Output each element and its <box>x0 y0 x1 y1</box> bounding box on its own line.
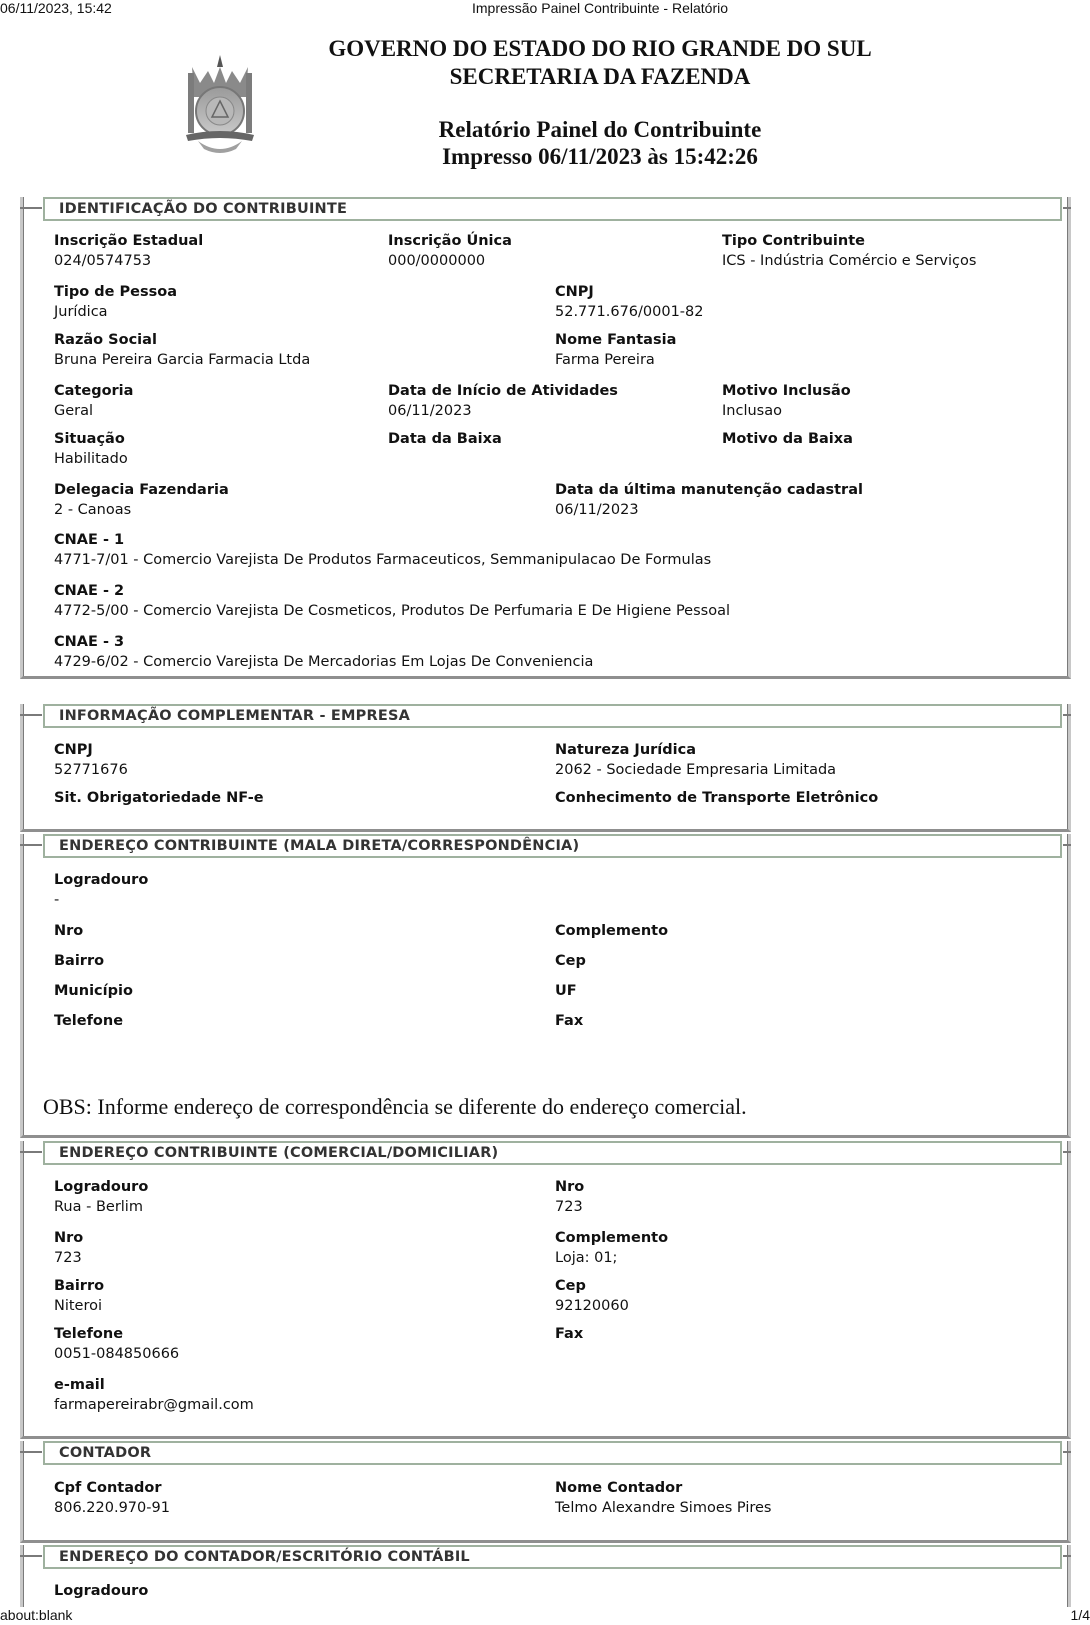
field-label: Complemento <box>555 1230 668 1246</box>
section-contador: CONTADOR Cpf Contador 806.220.970-91 Nom… <box>20 1441 1071 1543</box>
field-label: Motivo Inclusão <box>722 383 851 399</box>
field-label: Cep <box>555 953 586 969</box>
field-label: Telefone <box>54 1326 123 1342</box>
inscricao-unica-value: 000/0000000 <box>388 253 485 269</box>
email-value: farmapereirabr@gmail.com <box>54 1397 254 1413</box>
tipo-pessoa-value: Jurídica <box>54 304 108 320</box>
field-label: Nro <box>54 923 83 939</box>
tipo-contribuinte-value: ICS - Indústria Comércio e Serviços <box>722 253 976 269</box>
field-label: Motivo da Baixa <box>722 431 853 447</box>
logradouro-value: - <box>54 892 59 908</box>
field-label: Natureza Jurídica <box>555 742 696 758</box>
situacao-value: Habilitado <box>54 451 128 467</box>
bairro-value: Niteroi <box>54 1298 102 1314</box>
cnpj-base-value: 52771676 <box>54 762 128 778</box>
cnae-value: 4772-5/00 - Comercio Varejista De Cosmet… <box>54 603 730 619</box>
field-label: Nro <box>555 1179 584 1195</box>
cep-value: 92120060 <box>555 1298 629 1314</box>
cpf-contador-value: 806.220.970-91 <box>54 1500 170 1516</box>
nome-fantasia-value: Farma Pereira <box>555 352 655 368</box>
motivo-inclusao-value: Inclusao <box>722 403 782 419</box>
section-endereco-correspondencia: ENDEREÇO CONTRIBUINTE (MALA DIRETA/CORRE… <box>20 834 1071 1138</box>
section-info-complementar: INFORMAÇÃO COMPLEMENTAR - EMPRESA CNPJ 5… <box>20 704 1071 832</box>
field-label: CNPJ <box>555 284 594 300</box>
field-label: Data da Baixa <box>388 431 502 447</box>
field-label: e-mail <box>54 1377 105 1393</box>
field-label: Delegacia Fazendaria <box>54 482 229 498</box>
field-label: Conhecimento de Transporte Eletrônico <box>555 790 878 806</box>
delegacia-value: 2 - Canoas <box>54 502 131 518</box>
logradouro-value: Rua - Berlim <box>54 1199 143 1215</box>
field-label: Nome Contador <box>555 1480 682 1496</box>
field-label: Nro <box>54 1230 83 1246</box>
nro-value: 723 <box>54 1250 82 1266</box>
cnpj-value: 52.771.676/0001-82 <box>555 304 704 320</box>
complemento-value: Loja: 01; <box>555 1250 617 1266</box>
field-label: Fax <box>555 1326 583 1342</box>
section-title: ENDEREÇO CONTRIBUINTE (COMERCIAL/DOMICIL… <box>43 1141 1062 1165</box>
obs-note: OBS: Informe endereço de correspondência… <box>43 1094 747 1120</box>
field-label: Inscrição Única <box>388 233 512 249</box>
field-label: Data de Início de Atividades <box>388 383 618 399</box>
section-title: ENDEREÇO CONTRIBUINTE (MALA DIRETA/CORRE… <box>43 834 1062 858</box>
field-label: CNPJ <box>54 742 93 758</box>
cnae-value: 4771-7/01 - Comercio Varejista De Produt… <box>54 552 711 568</box>
cnae-value: 4729-6/02 - Comercio Varejista De Mercad… <box>54 654 593 670</box>
secretariat-title: SECRETARIA DA FAZENDA <box>290 64 910 90</box>
print-footer: about:blank 1/4 <box>0 1607 1090 1625</box>
data-inicio-value: 06/11/2023 <box>388 403 472 419</box>
printed-timestamp: Impresso 06/11/2023 às 15:42:26 <box>290 144 910 170</box>
razao-social-value: Bruna Pereira Garcia Farmacia Ltda <box>54 352 310 368</box>
field-label: Inscrição Estadual <box>54 233 203 249</box>
field-label: Categoria <box>54 383 133 399</box>
field-label: Complemento <box>555 923 668 939</box>
natureza-juridica-value: 2062 - Sociedade Empresaria Limitada <box>555 762 836 778</box>
field-label: Bairro <box>54 953 104 969</box>
field-label: Cep <box>555 1278 586 1294</box>
field-label: UF <box>555 983 577 999</box>
field-label: Situação <box>54 431 125 447</box>
categoria-value: Geral <box>54 403 93 419</box>
state-coat-of-arms-icon <box>182 53 258 157</box>
telefone-value: 0051-084850666 <box>54 1346 179 1362</box>
section-title: CONTADOR <box>43 1441 1062 1465</box>
section-endereco-comercial: ENDEREÇO CONTRIBUINTE (COMERCIAL/DOMICIL… <box>20 1141 1071 1439</box>
field-label: Telefone <box>54 1013 123 1029</box>
print-url: about:blank <box>0 1607 72 1623</box>
nome-contador-value: Telmo Alexandre Simoes Pires <box>555 1500 771 1516</box>
field-label: Nome Fantasia <box>555 332 676 348</box>
field-label: Tipo Contribuinte <box>722 233 865 249</box>
nro-value: 723 <box>555 1199 583 1215</box>
field-label: Cpf Contador <box>54 1480 162 1496</box>
field-label: Logradouro <box>54 1179 148 1195</box>
section-title: INFORMAÇÃO COMPLEMENTAR - EMPRESA <box>43 704 1062 728</box>
field-label: Logradouro <box>54 1583 148 1599</box>
field-label: Município <box>54 983 133 999</box>
field-label: Razão Social <box>54 332 157 348</box>
inscricao-estadual-value: 024/0574753 <box>54 253 151 269</box>
field-label: Bairro <box>54 1278 104 1294</box>
government-title: GOVERNO DO ESTADO DO RIO GRANDE DO SUL <box>290 36 910 62</box>
cnae-label: CNAE - 1 <box>54 532 124 548</box>
section-endereco-contador: ENDEREÇO DO CONTADOR/ESCRITÓRIO CONTÁBIL… <box>20 1545 1071 1607</box>
section-title: ENDEREÇO DO CONTADOR/ESCRITÓRIO CONTÁBIL <box>43 1545 1062 1569</box>
report-title: Relatório Painel do Contribuinte <box>290 117 910 143</box>
cnae-label: CNAE - 3 <box>54 634 124 650</box>
data-manutencao-value: 06/11/2023 <box>555 502 639 518</box>
field-label: Fax <box>555 1013 583 1029</box>
section-identificacao: IDENTIFICAÇÃO DO CONTRIBUINTE Inscrição … <box>20 197 1071 679</box>
field-label: Sit. Obrigatoriedade NF-e <box>54 790 264 806</box>
field-label: Data da última manutenção cadastral <box>555 482 863 498</box>
cnae-label: CNAE - 2 <box>54 583 124 599</box>
print-title: Impressão Painel Contribuinte - Relatóri… <box>0 0 1090 16</box>
field-label: Tipo de Pessoa <box>54 284 177 300</box>
section-title: IDENTIFICAÇÃO DO CONTRIBUINTE <box>43 197 1062 221</box>
print-header: 06/11/2023, 15:42 Impressão Painel Contr… <box>0 0 1090 18</box>
field-label: Logradouro <box>54 872 148 888</box>
page-number: 1/4 <box>1071 1607 1090 1623</box>
